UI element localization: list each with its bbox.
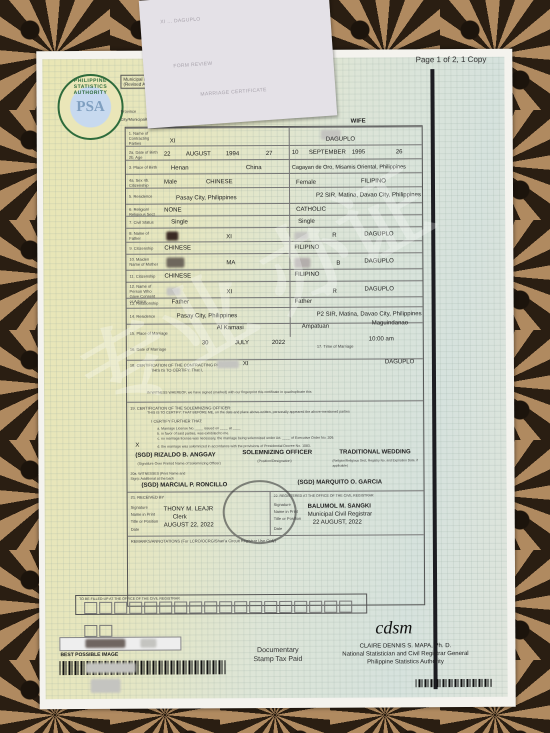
officer-sig-label: (Signature Over Printed Name of Solemniz… xyxy=(137,461,220,466)
witness-1: (SGD) MARCIAL P. RONCILLO xyxy=(142,482,228,488)
receiver-date: AUGUST 22, 2022 xyxy=(164,522,214,528)
redacted-block xyxy=(140,639,156,648)
redacted-block xyxy=(294,232,308,240)
field-label: 1. Name of Contracting Parties xyxy=(129,131,159,146)
wife-father-last: DAGUPLO xyxy=(364,231,393,237)
name-label: Name in Print xyxy=(131,512,155,517)
wife-column-header: WIFE xyxy=(351,119,366,125)
marriage-details: 15. Place of Marriage Al Kamasi Ampatuan… xyxy=(127,322,423,361)
wife-mother-middle: B xyxy=(336,261,340,267)
husband-mother-citizenship: CHINESE xyxy=(164,273,191,279)
wife-birth-year: 1995 xyxy=(352,150,365,156)
selected-option-mark: X xyxy=(135,443,139,449)
time-label: 17. Time of Marriage xyxy=(317,344,367,349)
wife-religion: CATHOLIC xyxy=(296,207,326,213)
husband-name: XI xyxy=(170,139,176,145)
signatory-agency: Philippine Statistics Authority xyxy=(335,658,475,667)
husband-citizenship: CHINESE xyxy=(206,179,233,185)
registrar-filling-box: TO BE FILLED-UP AT THE OFFICE OF THE CIV… xyxy=(75,594,367,616)
wife-sex: Female xyxy=(296,180,316,186)
certificate-security-background: Page 1 of 2, 1 Copy PHILIPPINE STATISTIC… xyxy=(42,57,507,699)
wife-relationship: Father xyxy=(295,299,312,305)
marriage-city: Ampatuan xyxy=(302,324,329,330)
redacted-block xyxy=(166,257,184,267)
date-label: Date xyxy=(131,527,139,532)
marriage-certificate-paper: Page 1 of 2, 1 Copy PHILIPPINE STATISTIC… xyxy=(36,49,515,709)
field-label: 14. Residence xyxy=(130,314,160,319)
cert-wife-name: DAGUPLO xyxy=(385,359,414,365)
marriage-month: JULY xyxy=(235,340,249,346)
receiver-title: Clerk xyxy=(173,514,187,520)
registrar-date: 22 AUGUST, 2022 xyxy=(313,520,362,526)
field-label: 4a. Sex 4b. Citizenship xyxy=(129,178,159,188)
footer-barcode-icon xyxy=(416,679,492,687)
signature-label: Signature xyxy=(131,505,148,510)
field-label: 9. Citizenship xyxy=(129,246,159,251)
wife-residence: P2 SIR, Matina, Davao City, Philippines xyxy=(316,192,421,199)
officer-cert-line: THIS IS TO CERTIFY: THAT BEFORE ME, on t… xyxy=(147,410,350,416)
wife-birth-day: 10 xyxy=(292,150,299,156)
officer-name: (SGD) RIZALDO B. ANGGAY xyxy=(135,452,215,458)
wife-consent-last: DAGUPLO xyxy=(365,286,394,292)
note-line-1: XI ... DAGUPLO xyxy=(160,17,201,26)
marriage-place: Al Kamasi xyxy=(217,325,244,331)
husband-civil-status: Single xyxy=(171,219,188,225)
place-label: 15. Place of Marriage xyxy=(130,331,180,336)
husband-father-last: XI xyxy=(226,234,232,240)
registrar-name: BALUMOL M. SANGKI xyxy=(308,504,371,510)
remarks-label: REMARKS/ANNOTATIONS (For LCRO/OCRG/Shari… xyxy=(131,538,276,544)
province-label: Province xyxy=(121,109,137,114)
husband-relationship: Father xyxy=(172,299,189,305)
psa-seal-icon: PHILIPPINE STATISTICS AUTHORITY PSA xyxy=(57,74,123,140)
cert-husband-name: XI xyxy=(243,361,249,367)
best-image-box xyxy=(59,636,181,651)
field-label: 3. Place of Birth xyxy=(129,165,159,170)
note-line-2: FORM REVIEW xyxy=(173,61,212,70)
wife-civil-status: Single xyxy=(298,219,315,225)
redacted-block xyxy=(167,287,181,295)
wife-father-citizenship: FILIPINO xyxy=(294,245,319,251)
documentary-stamp: Documentary Stamp Tax Paid xyxy=(253,646,302,664)
registrar-title: Municipal Civil Registrar xyxy=(308,511,372,517)
religion-label: (Religion/Religious Sect, Registry No. a… xyxy=(332,458,422,468)
husband-sex: Male xyxy=(164,180,177,186)
husband-father-citizenship: CHINESE xyxy=(164,245,191,251)
position-label: (Position/Designation) xyxy=(257,459,291,464)
page-indicator: Page 1 of 2, 1 Copy xyxy=(416,55,487,64)
registrar-general-signature: cdsm xyxy=(375,617,412,638)
husband-religion: NONE xyxy=(164,207,181,213)
certificate-form: HUSBAND WIFE 1. Name of Contracting Part… xyxy=(125,125,426,607)
wife-father-middle: R xyxy=(332,233,336,239)
stamp-line-1: Documentary xyxy=(253,646,302,655)
option-c: c. no marriage license was necessary, th… xyxy=(157,436,334,442)
field-label: 7. Civil Status xyxy=(129,220,159,225)
best-possible-image-label: BEST POSSIBLE IMAGE xyxy=(60,652,118,658)
husband-consent-residence: Pasay City, Philippines xyxy=(177,313,238,319)
marriage-year: 2022 xyxy=(272,340,285,346)
husband-birth-year: 1994 xyxy=(226,151,239,157)
redacted-block xyxy=(85,663,135,673)
overlapping-note-paper: XI ... DAGUPLO FORM REVIEW MARRIAGE CERT… xyxy=(139,0,337,128)
witness-whereof: IN WITNESS WHEREOF, we have signed (mark… xyxy=(147,390,311,396)
husband-birth-country: China xyxy=(246,165,262,171)
certification-solemnizing-officer: 19. CERTIFICATION OF THE SOLEMNIZING OFF… xyxy=(127,400,423,473)
marriage-day: 30 xyxy=(202,340,209,346)
city-label: City/Municipality xyxy=(121,117,150,122)
marriage-province: Maguindanao xyxy=(372,320,408,326)
husband-consent-last: XI xyxy=(227,289,233,295)
redacted-block xyxy=(91,679,121,693)
field-label: 8. Name of Father xyxy=(129,231,159,241)
title-label: Title or Position xyxy=(131,519,158,524)
registrar-cells xyxy=(82,595,366,642)
wife-consent-middle: R xyxy=(333,289,337,295)
field-label: 13. Relationship xyxy=(130,301,160,306)
receiver-name: THONY M. LEAJR xyxy=(164,506,214,512)
wife-birth-month: SEPTEMBER xyxy=(309,150,346,156)
wife-citizenship: FILIPINO xyxy=(361,178,386,184)
seal-ring-text: PHILIPPINE STATISTICS AUTHORITY xyxy=(59,78,121,96)
wife-mother-citizenship: FILIPINO xyxy=(294,272,319,278)
officer-title: SOLEMNIZING OFFICER xyxy=(242,450,312,456)
received-by-label: 21. RECEIVED BY xyxy=(131,495,165,500)
wife-birthplace: Cagayan de Oro, Misamis Oriental, Philip… xyxy=(292,164,406,171)
redacted-block xyxy=(217,360,239,368)
option-d: d. the marriage was solemnized in accord… xyxy=(157,444,311,450)
wife-name: DAGUPLO xyxy=(326,137,355,143)
field-label: 5. Residence xyxy=(129,194,159,199)
redacted-block xyxy=(294,258,310,268)
husband-birth-city: Henan xyxy=(171,165,189,171)
certification-line: THIS IS TO CERTIFY: That I, xyxy=(151,367,203,372)
husband-residence: Pasay City, Philippines xyxy=(176,195,237,201)
redacted-block xyxy=(85,639,125,648)
husband-birth-month: AUGUST xyxy=(186,151,211,157)
certification-contracting-parties: 18. CERTIFICATION OF THE CONTRACTING PAR… xyxy=(127,358,423,403)
husband-birth-day: 22 xyxy=(164,152,171,158)
witnesses-label: 20a. WITNESSES (Print Name and Sign): Ad… xyxy=(130,471,190,481)
note-line-3: MARRIAGE CERTIFICATE xyxy=(200,87,267,98)
stamp-line-2: Stamp Tax Paid xyxy=(253,655,302,664)
wife-mother-last: DAGUPLO xyxy=(364,258,393,264)
date-label: 16. Date of Marriage xyxy=(130,347,180,352)
seal-initials: PSA xyxy=(76,98,104,115)
officer-religion: TRADITIONAL WEDDING xyxy=(339,449,410,455)
field-label: 11. Citizenship xyxy=(129,274,159,279)
wife-consent-residence: P2 SIR, Matina, Davao City, Philippines xyxy=(317,311,422,318)
husband-mother-last: MA xyxy=(226,260,235,266)
barcode-icon xyxy=(59,660,225,675)
redacted-block xyxy=(166,232,178,241)
marriage-time: 10:00 am xyxy=(369,336,394,342)
witness-2: (SGD) MARQUITO O. GARCIA xyxy=(298,479,383,485)
field-label: 10. Maiden Name of Mother xyxy=(129,257,159,267)
remarks-annotations: REMARKS/ANNOTATIONS (For LCRO/OCRG/Shari… xyxy=(128,534,424,581)
received-registered: 21. RECEIVED BY Signature Name in Print … xyxy=(128,490,424,537)
husband-age: 27 xyxy=(266,151,273,157)
signatory-block: CLAIRE DENNIS S. MAPA, Ph. D. National S… xyxy=(335,642,475,667)
certify-further: I CERTIFY FURTHER THAT: xyxy=(151,418,202,423)
wife-age: 26 xyxy=(396,149,403,155)
field-label: 2a. Date of Birth 2b. Age xyxy=(129,150,159,160)
